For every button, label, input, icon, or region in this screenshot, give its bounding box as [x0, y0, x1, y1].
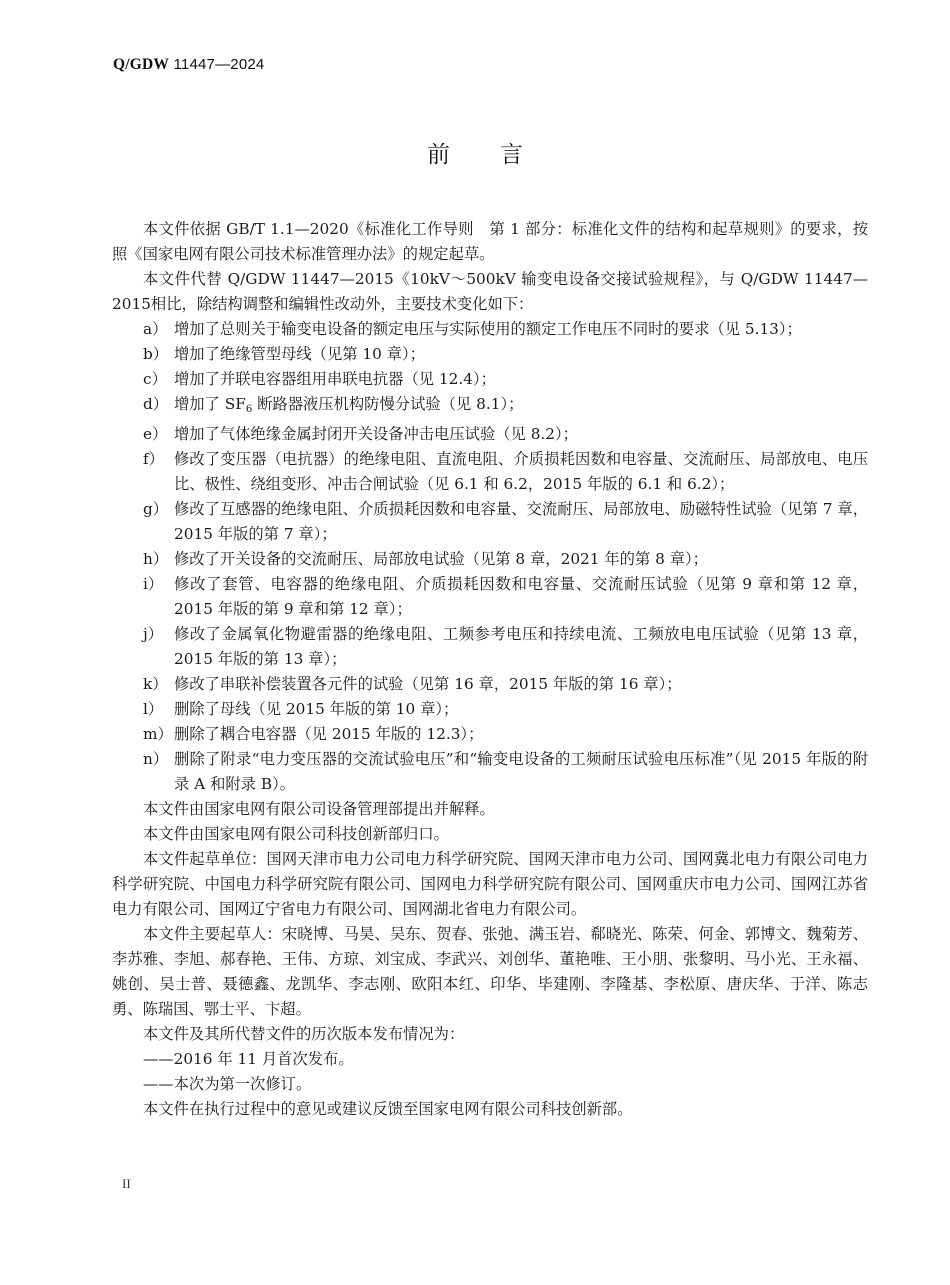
- list-item-text: 修改了串联补偿装置各元件的试验（见第 16 章，2015 年版的第 16 章）；: [174, 675, 682, 693]
- version-history-item: ——2016 年 11 月首次发布。: [112, 1047, 868, 1072]
- list-item-text: 修改了金属氧化物避雷器的绝缘电阻、工频参考电压和持续电流、工频放电电压试验（见第…: [174, 625, 868, 668]
- list-item: n） 删除了附录“电力变压器的交流试验电压”和“输变电设备的工频耐压试验电压标准…: [112, 747, 868, 797]
- list-item-text: 增加了绝缘管型母线（见第 10 章）；: [174, 345, 425, 363]
- list-item-text: 增加了并联电容器组用串联电抗器（见 12.4）；: [174, 370, 496, 388]
- list-marker: d）: [143, 392, 168, 417]
- proposed-by-paragraph: 本文件由国家电网有限公司设备管理部提出并解释。: [112, 797, 868, 822]
- list-item: k） 修改了串联补偿装置各元件的试验（见第 16 章，2015 年版的第 16 …: [112, 672, 868, 697]
- list-item-text: 修改了互感器的绝缘电阻、介质损耗因数和电容量、交流耐压、局部放电、励磁特性试验（…: [174, 500, 868, 543]
- list-item: h） 修改了开关设备的交流耐压、局部放电试验（见第 8 章，2021 年的第 8…: [112, 547, 868, 572]
- list-item: d） 增加了 SF6 断路器液压机构防慢分试验（见 8.1）；: [112, 392, 868, 422]
- managed-by-paragraph: 本文件由国家电网有限公司科技创新部归口。: [112, 822, 868, 847]
- drafting-units-paragraph: 本文件起草单位：国网天津市电力公司电力科学研究院、国网天津市电力公司、国网冀北电…: [112, 847, 868, 922]
- list-item-text: 修改了套管、电容器的绝缘电阻、介质损耗因数和电容量、交流耐压试验（见第 9 章和…: [174, 575, 868, 618]
- foreword-body: 本文件依据 GB/T 1.1—2020《标准化工作导则 第 1 部分：标准化文件…: [112, 217, 868, 1122]
- list-marker: i）: [143, 572, 163, 597]
- list-marker: k）: [143, 672, 168, 697]
- list-marker: m）: [143, 722, 173, 747]
- feedback-paragraph: 本文件在执行过程中的意见或建议反馈至国家电网有限公司科技创新部。: [112, 1097, 868, 1122]
- list-item: j） 修改了金属氧化物避雷器的绝缘电阻、工频参考电压和持续电流、工频放电电压试验…: [112, 622, 868, 672]
- list-item: i） 修改了套管、电容器的绝缘电阻、介质损耗因数和电容量、交流耐压试验（见第 9…: [112, 572, 868, 622]
- list-item: m） 删除了耦合电容器（见 2015 年版的 12.3）；: [112, 722, 868, 747]
- list-item-text: 断路器液压机构防慢分试验（见 8.1）；: [252, 395, 523, 413]
- list-marker: b）: [143, 342, 168, 367]
- list-marker: h）: [143, 547, 168, 572]
- page-title: 前言: [0, 136, 950, 169]
- list-item: e） 增加了气体绝缘金属封闭开关设备冲击电压试验（见 8.2）；: [112, 422, 868, 447]
- list-item: g） 修改了互感器的绝缘电阻、介质损耗因数和电容量、交流耐压、局部放电、励磁特性…: [112, 497, 868, 547]
- list-marker: n）: [143, 747, 168, 772]
- standard-number-header: Q/GDW 11447—2024: [113, 56, 264, 74]
- list-marker: e）: [143, 422, 167, 447]
- list-item-text: 删除了母线（见 2015 年版的第 10 章）；: [174, 700, 458, 718]
- list-marker: f）: [143, 447, 164, 472]
- version-history-intro: 本文件及其所代替文件的历次版本发布情况为：: [112, 1022, 868, 1047]
- list-item-text: 增加了 SF: [174, 395, 246, 413]
- basis-paragraph: 本文件依据 GB/T 1.1—2020《标准化工作导则 第 1 部分：标准化文件…: [112, 217, 868, 267]
- list-item-text: 增加了总则关于输变电设备的额定电压与实际使用的额定工作电压不同时的要求（见 5.…: [174, 320, 802, 338]
- list-item: c） 增加了并联电容器组用串联电抗器（见 12.4）；: [112, 367, 868, 392]
- list-item-text: 修改了开关设备的交流耐压、局部放电试验（见第 8 章，2021 年的第 8 章）…: [174, 550, 708, 568]
- list-item-text: 修改了变压器（电抗器）的绝缘电阻、直流电阻、介质损耗因数和电容量、交流耐压、局部…: [174, 450, 868, 493]
- list-marker: j）: [143, 622, 163, 647]
- standard-code: 11447—2024: [169, 56, 264, 73]
- list-item: f） 修改了变压器（电抗器）的绝缘电阻、直流电阻、介质损耗因数和电容量、交流耐压…: [112, 447, 868, 497]
- technical-changes-list: a） 增加了总则关于输变电设备的额定电压与实际使用的额定工作电压不同时的要求（见…: [112, 317, 868, 797]
- version-history-item: ——本次为第一次修订。: [112, 1072, 868, 1097]
- list-item: a） 增加了总则关于输变电设备的额定电压与实际使用的额定工作电压不同时的要求（见…: [112, 317, 868, 342]
- list-marker: g）: [143, 497, 168, 522]
- page-number: II: [122, 1176, 131, 1192]
- list-item-text: 删除了耦合电容器（见 2015 年版的 12.3）；: [174, 725, 483, 743]
- list-marker: c）: [143, 367, 167, 392]
- replacement-paragraph: 本文件代替 Q/GDW 11447—2015《10kV～500kV 输变电设备交…: [112, 267, 868, 317]
- list-item: b） 增加了绝缘管型母线（见第 10 章）；: [112, 342, 868, 367]
- list-item-text: 删除了附录“电力变压器的交流试验电压”和“输变电设备的工频耐压试验电压标准”（见…: [174, 750, 868, 793]
- list-item: l） 删除了母线（见 2015 年版的第 10 章）；: [112, 697, 868, 722]
- drafters-paragraph: 本文件主要起草人：宋晓博、马昊、吴东、贺春、张弛、满玉岩、郗晓光、陈荣、何金、郭…: [112, 922, 868, 1022]
- title-char-1: 前: [427, 136, 450, 169]
- list-item-text: 增加了气体绝缘金属封闭开关设备冲击电压试验（见 8.2）；: [174, 425, 578, 443]
- title-char-2: 言: [500, 136, 523, 169]
- list-marker: l）: [143, 697, 163, 722]
- standard-prefix: Q/GDW: [113, 56, 169, 73]
- list-marker: a）: [143, 317, 167, 342]
